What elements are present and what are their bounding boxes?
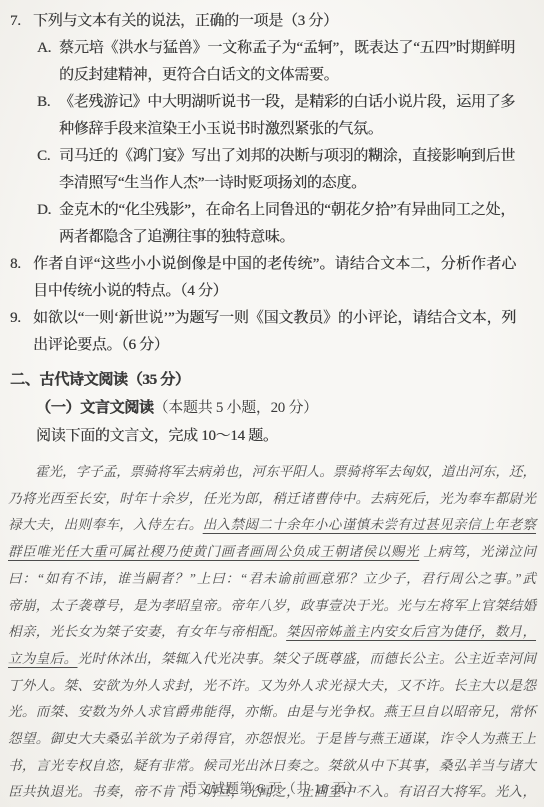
option-label: C. (37, 143, 59, 197)
question-9: 9. 如欲以“一则‘新世说’”为题写一则《国文教员》的小评论，请结合文本，列出评… (0, 305, 544, 359)
passage-underlined-text: 出入禁闼二十余年小心谨慎未尝有过甚见亲信上年老察 (203, 517, 536, 532)
passage-line: 怨望。御史大夫桑弘羊欲为子弟得官，亦怨恨光。于是皆与燕王通谋，诈令人为燕王上 (8, 726, 536, 753)
question-7-stem-row: 7. 下列与文本有关的说法，正确的一项是（3 分） (0, 8, 544, 35)
passage-text: 乃将光西至长安，时年十余岁，任光为郎，稍迁诸曹侍中。去病死后，光为奉车都尉光 (8, 491, 536, 506)
passage-text: 曰：“如有不讳，谁当嗣者？”上曰：“君未谕前画意邪？立少子，君行周公之事。”武 (8, 571, 536, 586)
section-heading: 二、古代诗文阅读（35 分） (10, 366, 516, 394)
question-9-text: 如欲以“一则‘新世说’”为题写一则《国文教员》的小评论，请结合文本，列出评论要点… (33, 305, 516, 359)
passage-line: 丁外人。桀、安欲为外人求封，光不许。又为外人求光禄大夫，又不许。长主大以是怨 (8, 673, 536, 700)
question-8: 8. 作者自评“这些小小说倒像是中国的老传统”。请结合文本二，分析作者心目中传统… (0, 251, 544, 305)
option-row: A. 蔡元培《洪水与猛兽》一文称孟子为“孟轲”，既表达了“五四”时期鲜明的反封建… (37, 35, 515, 89)
passage-line: 帝崩，太子袭尊号，是为孝昭皇帝。帝年八岁，政事壹决于光。光与左将军上官桀结婚 (8, 593, 536, 620)
passage-text: 上病笃，光涕泣问 (419, 544, 536, 559)
passage-text: 相亲，光长女为桀子安妻，有女年与帝相配。 (8, 624, 286, 639)
passage-line: 群臣唯光任大重可属社稷乃使黄门画者画周公负成王朝诸侯以赐光 上病笃，光涕泣问 (8, 539, 536, 566)
passage-underlined-text: 立为皇后。 (8, 651, 78, 666)
passage-line: 相亲，光长女为桀子安妻，有女年与帝相配。桀因帝姊盖主内安女后宫为倢伃，数月， (8, 619, 536, 646)
option-text: 金克木的“化尘残影”，在命名上同鲁迅的“朝花夕拾”有异曲同工之处，两者都隐含了追… (59, 197, 515, 251)
subsection-heading-rest: （本题共 5 小题，20 分） (154, 400, 318, 416)
passage-text: 光时休沐出，桀辄入代光决事。桀父子既尊盛，而德长公主。公主近幸河间 (78, 651, 536, 666)
option-row: D. 金克木的“化尘残影”，在命名上同鲁迅的“朝花夕拾”有异曲同工之处，两者都隐… (37, 197, 515, 251)
passage-text: 禄大夫，出则奉车，入侍左右。 (8, 517, 203, 532)
question-7-stem: 下列与文本有关的说法，正确的一项是（3 分） (33, 8, 516, 35)
passage-text: 书，言光专权自恣，疑有非常。候司光出沐日奏之。桀欲从中下其事，桑弘羊当与诸大 (8, 758, 536, 773)
option-row: B. 《老残游记》中大明湖听说书一段，是精彩的白话小说片段，运用了多种修辞手段来… (37, 89, 515, 143)
question-8-number: 8. (10, 251, 33, 305)
passage-line: 光。而桀、安数为外人求官爵弗能得，亦惭。由是与光争权。燕王旦自以昭帝兄，常怀 (8, 699, 536, 726)
question-8-text: 作者自评“这些小小说倒像是中国的老传统”。请结合文本二，分析作者心目中传统小说的… (33, 251, 516, 305)
passage-underlined-text: 桀因帝姊盖主内安女后宫为倢伃，数月， (286, 624, 536, 639)
option-text: 司马迁的《鸿门宴》写出了刘邦的决断与项羽的糊涂，直接影响到后世李清照写“生当作人… (59, 143, 515, 197)
passage-line: 霍光，字子孟，票骑将军去病弟也，河东平阳人。票骑将军去匈奴，道出河东，还， (8, 459, 536, 486)
subsection-heading: （一）文言文阅读（本题共 5 小题，20 分） (36, 394, 516, 422)
passage-line: 乃将光西至长安，时年十余岁，任光为郎，稍迁诸曹侍中。去病死后，光为奉车都尉光 (8, 486, 536, 513)
passage-line: 禄大夫，出则奉车，入侍左右。出入禁闼二十余年小心谨慎未尝有过甚见亲信上年老察 (8, 512, 536, 539)
passage-text: 丁外人。桀、安欲为外人求封，光不许。又为外人求光禄大夫，又不许。长主大以是怨 (8, 678, 536, 693)
passage-text: 帝崩，太子袭尊号，是为孝昭皇帝。帝年八岁，政事壹决于光。光与左将军上官桀结婚 (8, 598, 536, 613)
option-label: D. (37, 197, 59, 251)
question-9-number: 9. (10, 305, 33, 359)
passage-text: 光。而桀、安数为外人求官爵弗能得，亦惭。由是与光争权。燕王旦自以昭帝兄，常怀 (8, 704, 536, 719)
passage-line: 立为皇后。光时休沐出，桀辄入代光决事。桀父子既尊盛，而德长公主。公主近幸河间 (8, 646, 536, 673)
option-label: B. (37, 89, 59, 143)
passage-underlined-text: 群臣唯光任大重可属社稷乃使黄门画者画周公负成王朝诸侯以赐光 (8, 544, 419, 559)
option-row: C. 司马迁的《鸿门宴》写出了刘邦的决断与项羽的糊涂，直接影响到后世李清照写“生… (37, 143, 515, 197)
question-7-options: A. 蔡元培《洪水与猛兽》一文称孟子为“孟轲”，既表达了“五四”时期鲜明的反封建… (37, 35, 544, 251)
subsection-heading-bold: （一）文言文阅读 (36, 400, 154, 416)
reading-instruction: 阅读下面的文言文，完成 10～14 题。 (36, 422, 516, 450)
option-text: 蔡元培《洪水与猛兽》一文称孟子为“孟轲”，既表达了“五四”时期鲜明的反封建精神，… (59, 35, 515, 89)
exam-page: 7. 下列与文本有关的说法，正确的一项是（3 分） A. 蔡元培《洪水与猛兽》一… (0, 0, 544, 807)
passage-text: 怨望。御史大夫桑弘羊欲为子弟得官，亦怨恨光。于是皆与燕王通谋，诈令人为燕王上 (8, 731, 536, 746)
option-text: 《老残游记》中大明湖听说书一段，是精彩的白话小说片段，运用了多种修辞手段来渲染王… (59, 89, 515, 143)
page-number: 语文试题第 6 页（共 10 页） (0, 777, 544, 797)
passage: 霍光，字子孟，票骑将军去病弟也，河东平阳人。票骑将军去匈奴，道出河东，还，乃将光… (0, 459, 544, 806)
option-label: A. (37, 35, 59, 89)
passage-text: 霍光，字子孟，票骑将军去病弟也，河东平阳人。票骑将军去匈奴，道出河东，还， (35, 464, 536, 479)
question-7-number: 7. (10, 8, 33, 35)
passage-line: 书，言光专权自恣，疑有非常。候司光出沐日奏之。桀欲从中下其事，桑弘羊当与诸大 (8, 753, 536, 780)
passage-line: 曰：“如有不讳，谁当嗣者？”上曰：“君未谕前画意邪？立少子，君行周公之事。”武 (8, 566, 536, 593)
